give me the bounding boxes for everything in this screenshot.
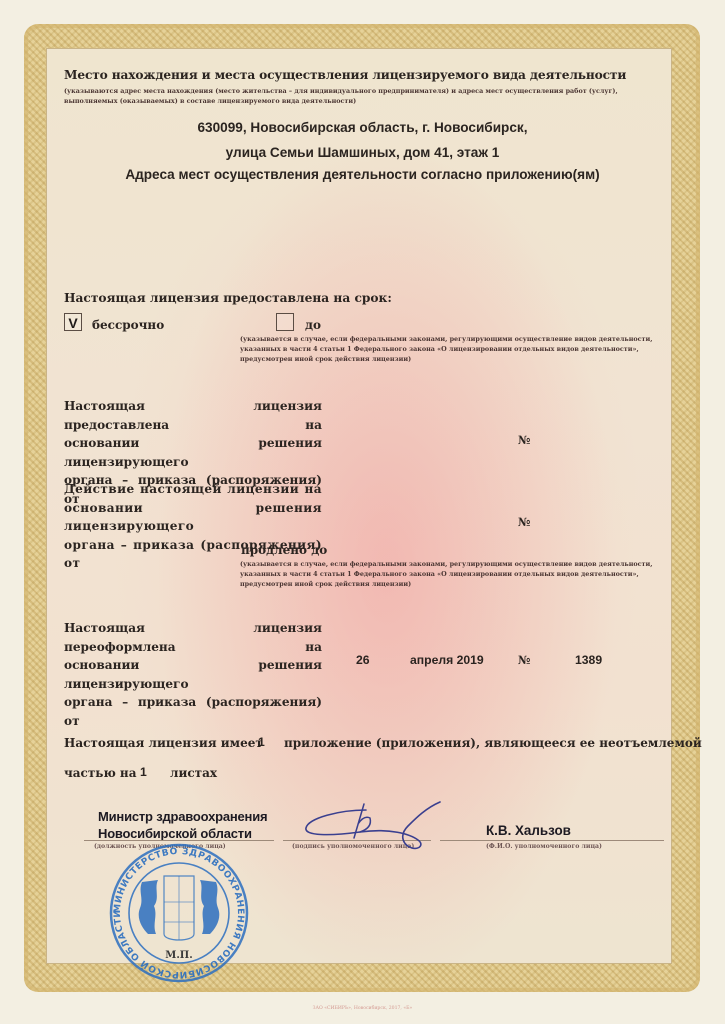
- handwritten-signature-icon: [300, 796, 450, 856]
- signatory-position: Министр здравоохранения Новосибирской об…: [98, 808, 267, 842]
- location-title: Место нахождения и места осуществления л…: [64, 68, 626, 82]
- reissue-order-number: 1389: [575, 653, 602, 667]
- check-mark-icon: V: [65, 314, 81, 330]
- term-note: (указывается в случае, если федеральными…: [240, 334, 665, 364]
- granted-number-sign: №: [518, 433, 531, 447]
- until-checkbox: [276, 313, 294, 331]
- appendix-pages: 1: [140, 765, 147, 779]
- position-underline: [84, 840, 274, 841]
- appendix-count: 1: [258, 735, 265, 749]
- reissue-month-year: апреля 2019: [410, 653, 484, 667]
- position-line-1: Министр здравоохранения: [98, 808, 267, 825]
- perpetual-checkbox: V: [64, 313, 82, 331]
- svg-text:М.П.: М.П.: [165, 950, 192, 961]
- name-caption: (Ф.И.О. уполномоченного лица): [486, 843, 602, 850]
- location-note: (указываются адрес места нахождения (мес…: [64, 86, 664, 106]
- official-stamp-icon: МИНИСТЕРСТВО ЗДРАВООХРАНЕНИЯ НОВОСИБИРСК…: [108, 842, 250, 984]
- reissue-line: органа – приказа (распоряжения) от: [64, 693, 322, 730]
- name-underline: [440, 840, 664, 841]
- reissue-paragraph: Настоящая лицензия переоформлена на осно…: [64, 619, 322, 730]
- appendix-text-after: приложение (приложения), являющееся ее н…: [284, 736, 702, 750]
- extension-line: Действие настоящей лицензии на: [64, 480, 322, 499]
- address-line-1: 630099, Новосибирская область, г. Новоси…: [0, 120, 725, 135]
- reissue-number-sign: №: [518, 653, 531, 667]
- granted-line: Настоящая лицензия предоставлена на: [64, 397, 322, 434]
- appendix-pages-after: листах: [170, 766, 217, 780]
- extension-line: основании решения лицензирующего: [64, 499, 322, 536]
- perpetual-label: бессрочно: [92, 318, 164, 332]
- extension-note: (указывается в случае, если федеральными…: [240, 559, 665, 589]
- granted-line: основании решения лицензирующего: [64, 434, 322, 471]
- extended-until-label: продлено до: [241, 543, 327, 557]
- reissue-day: 26: [356, 653, 370, 667]
- reissue-line: Настоящая лицензия переоформлена на: [64, 619, 322, 656]
- signatory-name: К.В. Хальзов: [486, 823, 571, 838]
- appendix-text-before: Настоящая лицензия имеет: [64, 736, 263, 750]
- reissue-line: основании решения лицензирующего: [64, 656, 322, 693]
- until-label: до: [305, 318, 321, 332]
- extension-number-sign: №: [518, 515, 531, 529]
- printer-footer: ЗАО «СИБИРЬ», Новосибирск, 2017, «Б»: [0, 1006, 725, 1011]
- appendix-pages-before: частью на: [64, 766, 137, 780]
- address-line-2: улица Семьи Шамшиных, дом 41, этаж 1: [0, 145, 725, 160]
- address-line-3: Адреса мест осуществления деятельности с…: [0, 167, 725, 182]
- term-label: Настоящая лицензия предоставлена на срок…: [64, 291, 392, 305]
